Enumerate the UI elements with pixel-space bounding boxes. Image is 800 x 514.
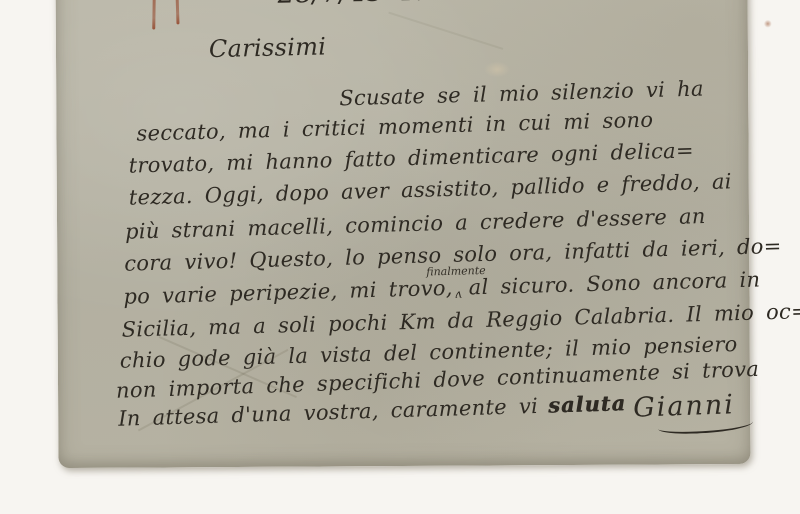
handwriting-line: Scusate se il mio silenzio vi ha: [339, 77, 704, 111]
censor-pencil-mark: [175, 0, 179, 24]
signature: Gianni: [633, 389, 736, 423]
crease-line: [388, 12, 503, 50]
postcard-paper: 28/7/43 P. M. 19∼. Carissimi Scusate se …: [55, 0, 750, 468]
handwriting-line: tezza. Oggi, dopo aver assistito, pallid…: [129, 169, 733, 209]
paper-stain: [764, 20, 772, 28]
line-text: po varie peripezie, mi trovo,: [123, 276, 453, 309]
handwriting-line: seccato, ma i critici momenti in cui mi …: [136, 108, 653, 146]
postcard-scan: 28/7/43 P. M. 19∼. Carissimi Scusate se …: [0, 0, 800, 514]
insertion-caret-mark: ʌ: [455, 287, 462, 301]
inserted-word: finalmente: [426, 264, 486, 279]
greeting: Carissimi: [209, 32, 327, 63]
line-text: al sicuro. Sono ancora in: [468, 267, 760, 299]
date-flourish: ∼.: [551, 0, 572, 1]
signature-flourish: [658, 421, 753, 435]
paper-stain: [484, 61, 510, 77]
date-text: 28/7/43 P. M. 19: [277, 0, 531, 10]
censor-pencil-mark: [152, 0, 155, 30]
date-line: 28/7/43 P. M. 19∼.: [277, 0, 571, 10]
salute-word: saluta: [548, 390, 627, 417]
